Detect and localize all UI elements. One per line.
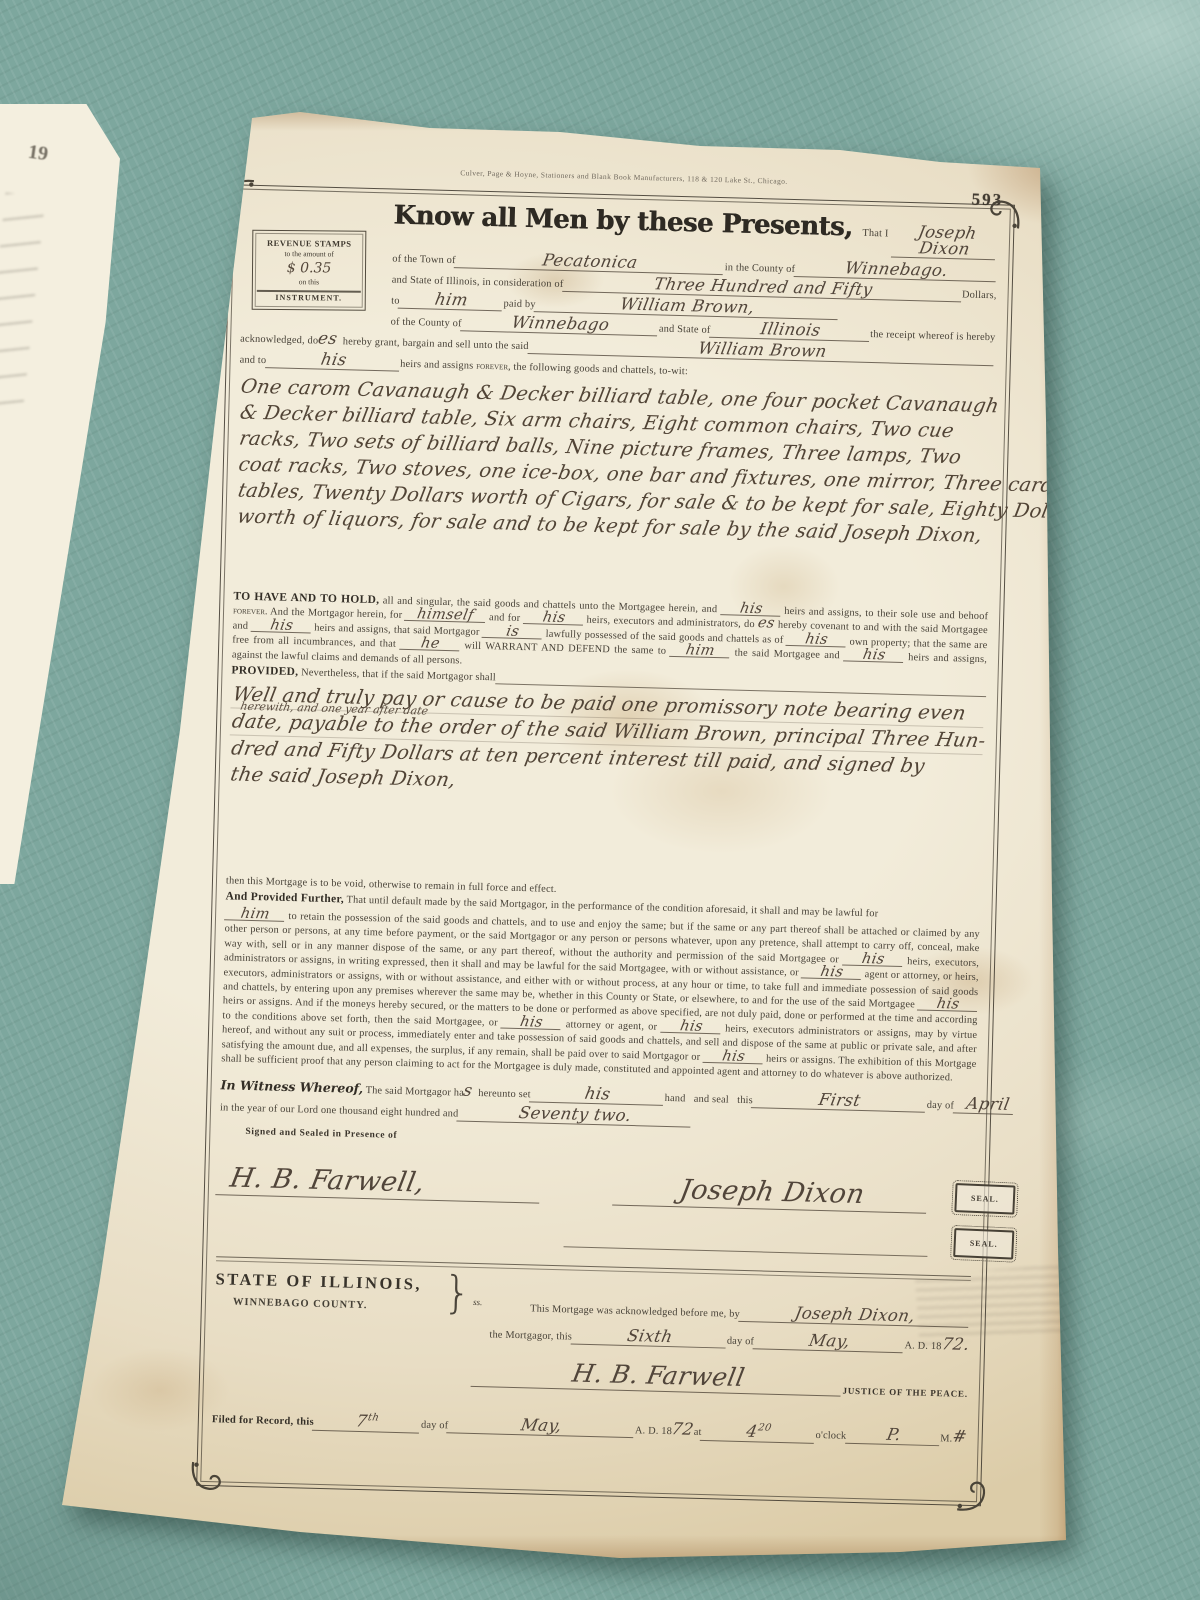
printed-text: of the County of: [391, 315, 462, 330]
handwritten-fill: Joseph Dixon,: [738, 1303, 971, 1327]
printed-text: heirs, executors and administrators, do: [583, 615, 758, 631]
handwritten-fill: his: [702, 1051, 764, 1065]
justice-signature-row: H. B. FarwellJUSTICE OF THE PEACE.: [213, 1351, 969, 1400]
printed-form: Culver, Page & Hoyne, Stationers and Bla…: [150, 149, 1030, 1521]
second-seal-row: SEAL.: [217, 1209, 973, 1258]
handwritten-fill: he: [399, 638, 461, 652]
spacer: [542, 1193, 615, 1196]
handwritten-fill: First: [751, 1090, 928, 1112]
filed-for-record-row: Filed for Record, this7thday ofMay,A. D.…: [212, 1406, 967, 1447]
printed-text: o'clock: [815, 1429, 846, 1443]
handwritten-fill: his: [250, 620, 312, 634]
printed-text: PROVIDED,: [231, 664, 298, 679]
printed-text: in the County of: [725, 261, 796, 276]
handwritten-text: es: [317, 331, 339, 347]
ss-abbreviation: ss.: [472, 1295, 482, 1341]
handwritten-fill: his: [843, 650, 905, 664]
printed-text: day of: [927, 1098, 955, 1112]
handwritten-fill: is: [482, 626, 544, 640]
witness-signature: H. B. Farwell,: [215, 1163, 545, 1203]
printed-text: day of: [727, 1334, 755, 1348]
printed-text: the receipt whereof is hereby: [870, 328, 996, 344]
printed-text: the said Mortgagee and: [730, 648, 844, 662]
printed-text: In Witness Whereof,: [221, 1078, 364, 1095]
handwritten-fill: his: [265, 350, 402, 371]
photograph-background: 19 Culver, Page & Hoyne, Stationers and …: [0, 0, 1200, 1600]
revenue-amount-handwritten: $ 0.35: [257, 259, 361, 278]
ruled-blank: [564, 1236, 928, 1257]
seal-box: SEAL.: [954, 1183, 1015, 1215]
witness-clause: In Witness Whereof, The said Mortgagor h…: [220, 1076, 976, 1135]
county-label: WINNEBAGO COUNTY.: [233, 1295, 443, 1314]
handwritten-fill: Winnebago: [460, 313, 661, 336]
handwritten-fill: him: [224, 908, 286, 922]
printed-text: day of: [421, 1419, 449, 1433]
signature-row: H. B. Farwell, Joseph Dixon SEAL.: [218, 1163, 974, 1215]
mortgagor-name-handwritten: Joseph Dixon: [891, 224, 1001, 261]
revenue-stamps-box: REVENUE STAMPS to the amount of $ 0.35 o…: [252, 230, 367, 311]
printed-text: forever.: [233, 606, 268, 618]
printed-text: and for: [486, 612, 524, 624]
handwritten-fill: his: [801, 967, 863, 981]
brace-glyph: }: [442, 1271, 472, 1342]
spacer: [839, 314, 996, 319]
printed-text: heirs and assigns, that said Mortgagor: [311, 622, 483, 637]
acknowledgment-section: STATE OF ILLINOIS, WINNEBAGO COUNTY. } s…: [214, 1267, 971, 1355]
spacer: [692, 1121, 975, 1129]
printed-text: hand and seal this: [665, 1091, 754, 1106]
revenue-box-line: on this: [257, 277, 361, 288]
printed-text: and State of: [659, 322, 711, 336]
document-content: REVENUE STAMPS to the amount of $ 0.35 o…: [211, 195, 999, 1490]
printed-text: The said Mortgagor ha: [363, 1083, 464, 1099]
venue-block: STATE OF ILLINOIS, WINNEBAGO COUNTY.: [214, 1267, 444, 1341]
printed-text: And Provided Further,: [225, 890, 344, 906]
printed-text: That I: [862, 227, 888, 241]
handwritten-fill: his: [529, 1084, 666, 1105]
handwritten-fill: Sixth: [570, 1326, 728, 1348]
printed-text: heirs and assigns: [400, 358, 476, 373]
printed-text: forever,: [476, 360, 511, 374]
printed-text: This Mortgage was acknowledged before me…: [530, 1302, 740, 1320]
spacer: [688, 373, 994, 382]
handwritten-fill: his: [917, 999, 979, 1013]
handwritten-fill: 420: [700, 1419, 818, 1443]
printed-text: in the year of our Lord one thousand eig…: [220, 1101, 459, 1120]
handwritten-fill: H. B. Farwell: [470, 1358, 845, 1397]
spacer: [213, 1371, 473, 1379]
printed-text: the Mortgagor, this: [489, 1328, 572, 1343]
handwritten-fill: Seventy two.: [457, 1103, 694, 1127]
handwritten-fill: April: [952, 1095, 1015, 1114]
seal-box: SEAL.: [953, 1227, 1014, 1259]
handwritten-fill: May,: [447, 1415, 637, 1438]
printed-text: TO HAVE AND TO HOLD,: [233, 590, 379, 606]
printed-text: acknowledged, do: [240, 333, 318, 348]
printed-text: JUSTICE OF THE PEACE.: [842, 1384, 968, 1399]
handwritten-fill: his: [785, 634, 847, 648]
form-line: the Mortgagor, thisSixthday ofMay,A. D. …: [489, 1324, 969, 1355]
printed-text: hereby grant, bargain and sell unto the …: [337, 335, 529, 353]
printed-text: Filed for Record, this: [212, 1413, 314, 1429]
form-line: This Mortgage was acknowledged before me…: [530, 1298, 970, 1328]
handwritten-fill: his: [522, 612, 584, 626]
printed-text: paid by: [503, 297, 535, 311]
handwritten-text: 72: [671, 1421, 696, 1437]
paper-sheet: Culver, Page & Hoyne, Stationers and Bla…: [35, 105, 1075, 1565]
revenue-box-instrument: INSTRUMENT.: [257, 290, 361, 305]
printed-text: of the Town of: [392, 252, 456, 267]
printed-text: will WARRANT AND DEFEND the same to: [460, 641, 671, 658]
handwritten-fill: his: [501, 1016, 563, 1030]
revenue-box-header: REVENUE STAMPS: [257, 238, 361, 250]
stationer-imprint: Culver, Page & Hoyne, Stationers and Bla…: [387, 166, 860, 187]
printed-text: and to: [239, 354, 266, 368]
handwritten-fill: May,: [753, 1331, 907, 1353]
handwritten-fill: P.: [845, 1426, 942, 1446]
printed-text: Nevertheless, that if the said Mortgagor…: [298, 666, 496, 684]
printed-text: attorney or agent, or: [562, 1019, 662, 1033]
printed-text: A. D. 18: [904, 1339, 941, 1353]
handwritten-text: 72.: [940, 1336, 970, 1353]
printed-text: and State of Illinois, in consideration …: [392, 273, 564, 290]
handwritten-fill: his: [842, 953, 904, 967]
printed-text: Dollars,: [962, 288, 997, 302]
handwritten-fill: him: [398, 291, 505, 312]
handwritten-fill: him: [669, 645, 731, 659]
further-clause-paragraph: him to retain the possession of the said…: [221, 907, 980, 1085]
handwritten-fill: himself: [404, 609, 487, 623]
printed-text: A. D. 18: [635, 1424, 672, 1438]
mortgage-document-page: Culver, Page & Hoyne, Stationers and Bla…: [35, 105, 1075, 1565]
promissory-note-handwritten: herewith, and one year after date Well a…: [230, 681, 986, 807]
acknowledgment-lines: This Mortgage was acknowledged before me…: [489, 1274, 970, 1355]
printed-text: the following goods and chattels, to-wit…: [510, 361, 688, 379]
handwritten-fill: his: [660, 1021, 722, 1035]
handwritten-text: #: [951, 1429, 968, 1445]
mortgagor-signature: Joseph Dixon: [612, 1173, 932, 1213]
handwritten-fill: 7th: [312, 1408, 423, 1432]
handwritten-text: es: [757, 619, 776, 629]
state-label: STATE OF ILLINOIS,: [215, 1269, 443, 1295]
goods-description-handwritten: One carom Cavanaugh & Decker billiard ta…: [237, 374, 994, 550]
printed-text: hereunto set: [473, 1086, 531, 1101]
